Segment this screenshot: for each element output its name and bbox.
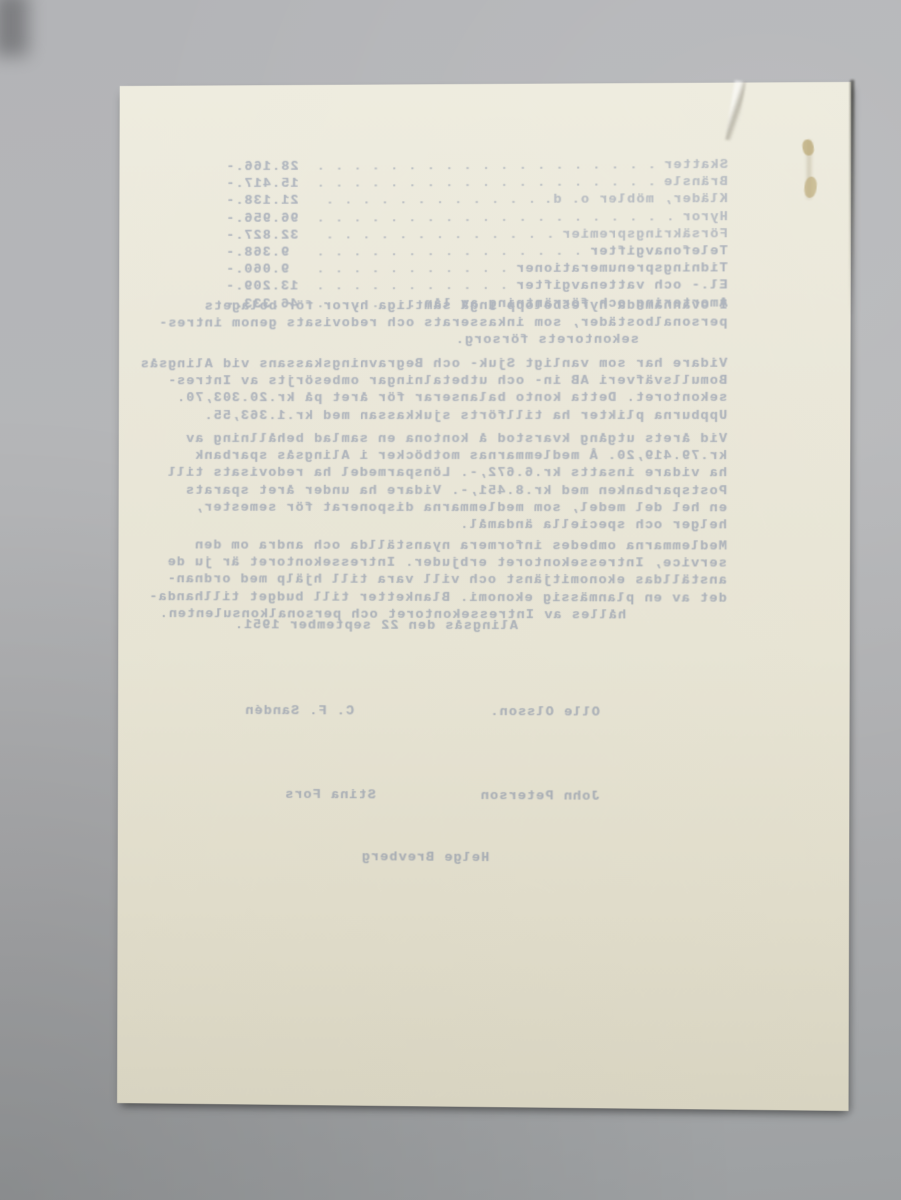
ledger-row: Telefonavgifter . . . . . . . . . . . . … [225, 243, 728, 262]
dotted-leader: . . . . . . . . . . . . . . . . . . . . … [316, 209, 675, 227]
ledger-label: Hyror [681, 209, 727, 226]
ledger-row: Bränsle . . . . . . . . . . . . . . . . … [225, 174, 728, 193]
dotted-leader: . . . . . . . . . . . . . . . . . . . . … [315, 244, 582, 262]
ledger-row: Skatter . . . . . . . . . . . . . . . . … [225, 157, 728, 176]
dotted-leader: . . . . . . . . . . . . . . . . . . . . … [316, 174, 656, 193]
text-line: Vidare har som vanligt Sjuk- och Begravn… [137, 356, 728, 374]
ledger-row: Tidningsprenumerationer . . . . . . . . … [225, 260, 728, 278]
mirrored-typewritten-text: Skatter . . . . . . . . . . . . . . . . … [117, 82, 851, 1111]
ledger-amount: 21.138.- [225, 193, 308, 210]
text-line: Postsparbanken med kr.8.451,-. Vidare ha… [136, 482, 727, 500]
photo-of-document-verso: { "colors":{ "photo_background":"#afb0b3… [0, 0, 901, 1200]
text-line: en hel del medel, som medlemmarna dispon… [136, 499, 727, 517]
ledger-amount: 9.060.- [225, 262, 308, 279]
ledger-amount: 32.827.- [225, 227, 308, 244]
ledger-row: Hyror . . . . . . . . . . . . . . . . . … [225, 209, 728, 228]
text-line: anställdas ekonomitjänst och vill vara t… [136, 572, 727, 591]
ledger-label: Försäkringspremier [561, 226, 727, 244]
dotted-leader: . . . . . . . . . . . . . . . . . . . . … [316, 192, 536, 210]
text-line: sekontorets försorg. [137, 332, 639, 350]
paper-sheet: Skatter . . . . . . . . . . . . . . . . … [117, 82, 851, 1111]
dotted-leader: . . . . . . . . . . . . . . . . . . . . … [315, 278, 508, 296]
text-line: sekontoret. Detta konto balanserar för å… [137, 390, 728, 407]
ledger-label: Bränsle [663, 174, 728, 192]
ledger-label: Kläder, möbler o. d. [543, 191, 728, 209]
ledger-amount: 15.417.- [225, 176, 308, 193]
ledger-row: Försäkringspremier . . . . . . . . . . .… [225, 226, 728, 245]
dotted-leader: . . . . . . . . . . . . . . . . . . . . … [316, 157, 656, 176]
dotted-leader: . . . . . . . . . . . . . . . . . . . . … [315, 227, 554, 245]
dateline: Alingsås den 22 september 1951. [234, 617, 518, 635]
ledger-amount: 13.209.- [225, 279, 308, 296]
text-line: kr.79.419,20. Å medlemmarnas motböcker i… [137, 448, 728, 465]
signature-name: Helge Brevberg [361, 849, 490, 867]
text-line: Medlemmarna ombedes informera nyanställd… [136, 537, 727, 555]
text-line: Uppburna plikter ha tillförts sjukkassan… [137, 407, 728, 424]
ledger-label: El.- och vattenavgifter [515, 278, 727, 296]
text-line: ha vidare insatts kr.6.672,-. Lönsparmed… [136, 465, 727, 483]
text-line: helger och speciella ändamål. [136, 516, 727, 534]
ledger-label: Skatter [663, 157, 728, 175]
ledger-label: Telefonavgifter [589, 243, 728, 261]
text-line: Vid årets utgång kvarstod å kontona en s… [137, 431, 728, 448]
paragraph: Vidare har som vanligt Sjuk- och Begravn… [137, 356, 728, 425]
ledger: Skatter . . . . . . . . . . . . . . . . … [225, 157, 728, 313]
paragraph: Medlemmarna ombedes informera nyanställd… [136, 537, 727, 624]
background-corner-shadow [0, 0, 28, 56]
ledger-amount: 9.368.- [225, 244, 308, 261]
ledger-label: Tidningsprenumerationer [515, 260, 727, 278]
signature-name: Olle Olsson. [489, 704, 600, 722]
ledger-amount: 28.166.- [225, 159, 308, 176]
signature-name: Stina Fors [284, 787, 376, 805]
text-line: I ovannämnda hyresbelopp ingå samtliga h… [137, 297, 728, 315]
ledger-row: Kläder, möbler o. d. . . . . . . . . . .… [225, 191, 728, 210]
signature-name: C. F. Sandén [244, 703, 354, 721]
ledger-amount: 96.956.- [225, 210, 308, 227]
paragraphs: I ovannämnda hyresbelopp ingå samtliga h… [120, 82, 852, 86]
text-line: personalbostäder, som inkasserats och re… [137, 315, 728, 333]
dotted-leader: . . . . . . . . . . . . . . . . . . . . … [315, 261, 508, 279]
paragraph: I ovannämnda hyresbelopp ingå samtliga h… [137, 297, 728, 350]
text-line: Bomullsväfveri AB in- och utbetalningar … [137, 373, 728, 391]
paragraph: Vid årets utgång kvarstod å kontona en s… [136, 431, 727, 535]
ledger-row: El.- och vattenavgifter . . . . . . . . … [225, 278, 728, 296]
text-line: det av en planmässig ekonomi. Blanketter… [136, 589, 727, 608]
text-line: service, Intressekontoret erbjuder. Intr… [136, 555, 727, 573]
signature-name: John Peterson [480, 788, 600, 806]
